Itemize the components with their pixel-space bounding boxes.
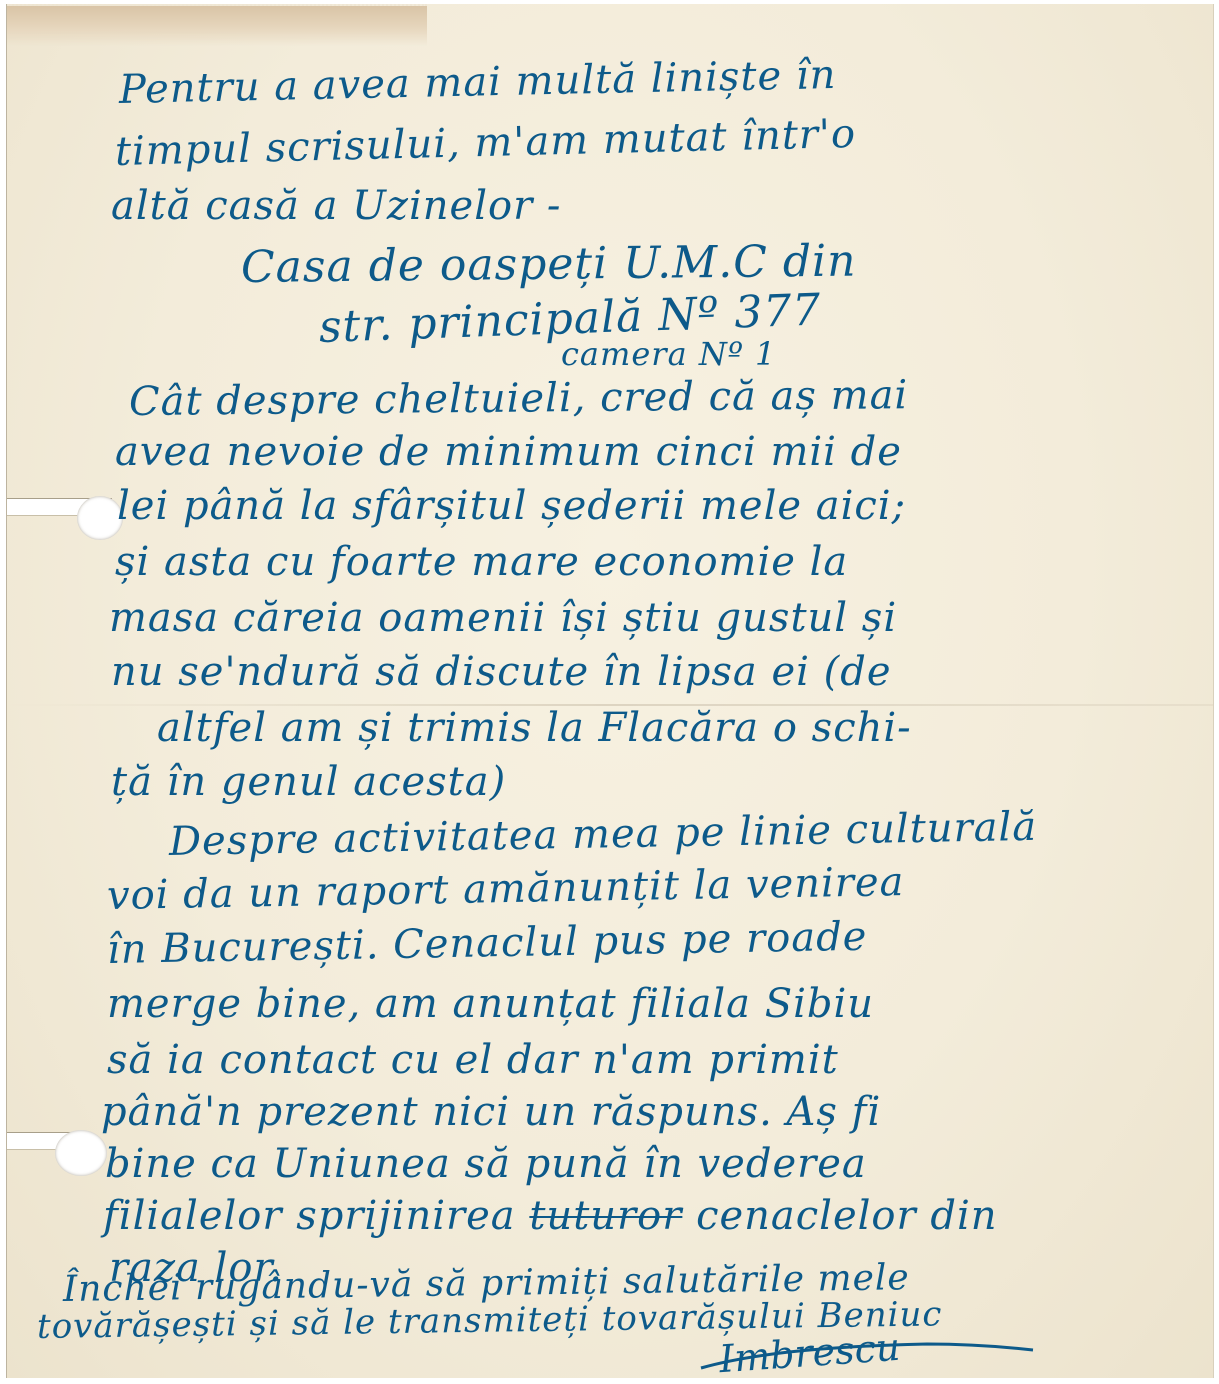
letter-line: bine ca Uniunea să pună în vederea [105, 1144, 867, 1184]
letter-body: Pentru a avea mai multă liniște în timpu… [7, 4, 1213, 1378]
letter-line: să ia contact cu el dar n'am primit [107, 1040, 839, 1080]
letter-line: ță în genul acesta) [111, 762, 506, 802]
letter-line: filialelor sprijinirea tuturor cenaclelo… [103, 1196, 998, 1236]
letter-line: până'n prezent nici un răspuns. Aș fi [101, 1092, 881, 1132]
letter-line: voi da un raport amănunțit la venirea [107, 862, 905, 916]
letter-line: Despre activitatea mea pe linie cultural… [169, 807, 1038, 862]
letter-line: nu se'ndură să discute în lipsa ei (de [111, 652, 892, 692]
letter-line: altă casă a Uzinelor - [111, 186, 561, 226]
letter-line: avea nevoie de minimum cinci mii de [115, 432, 902, 472]
letter-line: Cât despre cheltuieli, cred că aș mai [129, 375, 909, 422]
letter-line: Pentru a avea mai multă liniște în [119, 55, 837, 110]
struck-word: tuturor [529, 1193, 682, 1239]
letter-line: masa căreia oamenii își știu gustul și [109, 598, 897, 638]
letter-line: în București. Cenaclul pus pe roade [107, 917, 868, 970]
letter-paper: Pentru a avea mai multă liniște în timpu… [6, 4, 1214, 1378]
letter-line: lei până la sfârșitul șederii mele aici; [117, 486, 906, 526]
letter-line: timpul scrisului, m'am mutat într'o [115, 114, 857, 172]
letter-line: și asta cu foarte mare economie la [115, 542, 848, 582]
letter-line: altfel am și trimis la Flacăra o schi- [157, 708, 912, 748]
address-line: Casa de oaspeți U.M.C din [241, 240, 857, 290]
address-line: camera Nº 1 [561, 338, 776, 370]
letter-line: merge bine, am anunțat filiala Sibiu [107, 984, 874, 1024]
